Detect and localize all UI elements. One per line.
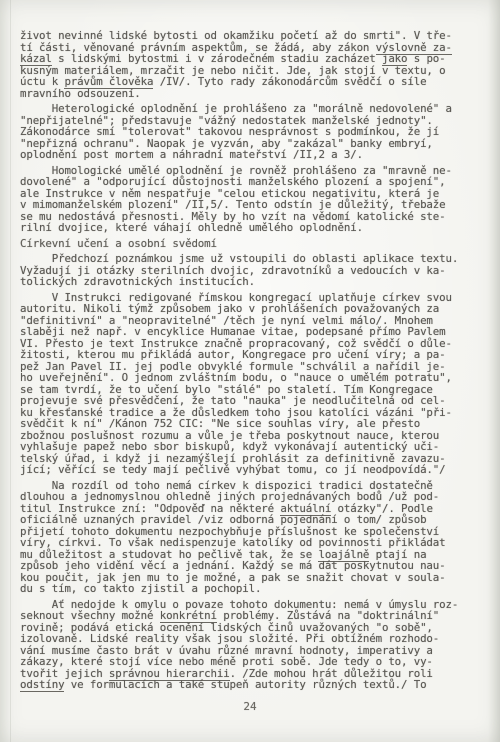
text-line: dlouhou a jednomyslnou ohledně jiných pr…: [20, 491, 482, 503]
text-line: projevuje své přesvědčení, že tato "nauk…: [20, 395, 482, 407]
typewritten-text: život nevinné lidské bytosti od okamžiku…: [20, 30, 482, 691]
text-line: oplodnění post mortem a náhradní mateřst…: [20, 149, 482, 161]
text-line: tolických zdravotnických institucích.: [20, 276, 482, 288]
text-line: žitosti, kterou mu přikládá autor, Kongr…: [20, 349, 482, 361]
text-line: rilní dvojice, které váhají ohledně uměl…: [20, 222, 482, 234]
text-line: izolovaně. Lidské reality však jsou slož…: [20, 633, 482, 645]
text-line: odstíny ve formulacích a také stupeň aut…: [20, 679, 482, 691]
text-line: způsob jeho vidění věcí a jednání. Každý…: [20, 560, 482, 572]
text-line: kázal s lidskými bytostmi i v zárodečném…: [20, 53, 482, 65]
paragraph: Heterologické oplodnění je prohlášeno za…: [20, 103, 482, 161]
text-line: ho uveřejnění". O jednom zvláštním bodu,…: [20, 372, 482, 384]
text-line: dovolené" a "odporující důstojnosti manž…: [20, 176, 482, 188]
text-line: Zákonodárce smí "tolerovat" takovou nesp…: [20, 126, 482, 138]
text-line: úctu k právům člověka /IV/. Tyto rady zá…: [20, 76, 482, 88]
text-line: víry, církvi. To však nedispenzuje katol…: [20, 537, 482, 549]
paragraph: Na rozdíl od toho nemá církev k dispozic…: [20, 480, 482, 595]
text-line: mravního odsouzení.: [20, 88, 482, 100]
text-line: zákazy, které stojí více nebo méně proti…: [20, 656, 482, 668]
text-line: Heterologické oplodnění je prohlášeno za…: [20, 103, 482, 115]
underlined-text: odstíny: [20, 678, 64, 692]
text-line: du s tím, co takto zjistil a pochopil.: [20, 583, 482, 595]
text-line: Předchozí poznámkou jsme už vstoupili do…: [20, 253, 482, 265]
paragraph: Předchozí poznámkou jsme už vstoupili do…: [20, 253, 482, 288]
paragraph: Ať nedojde k omylu o povaze tohoto dokum…: [20, 599, 482, 691]
text-line: seknout všechny možné konkrétní problémy…: [20, 610, 482, 622]
text-line: autoritu. Nikoli týmž způsobem jako v pr…: [20, 303, 482, 315]
text-line: jící; věřící se tedy mají pečlivě vyhýba…: [20, 464, 482, 476]
text-line: oficiálně uznaných pravidel /viz odborná…: [20, 514, 482, 526]
text-line: vyhlašuje papež nebo sbor biskupů, když …: [20, 441, 482, 453]
text-line: Církevní učení a osobní svědomí: [20, 238, 482, 250]
paragraph: Homologické umělé oplodnění je rovněž pr…: [20, 165, 482, 234]
scan-fold-line: [10, 0, 11, 742]
paragraph: V Instrukci redigované římskou kongregac…: [20, 292, 482, 476]
page-number: 24: [0, 700, 500, 713]
text-line: v mimomanželském plození" /II,5/. Tento …: [20, 199, 482, 211]
text-line: slaběji než např. v encyklice Humanae vi…: [20, 326, 482, 338]
scanned-page: život nevinné lidské bytosti od okamžiku…: [0, 0, 500, 742]
text-line: život nevinné lidské bytosti od okamžiku…: [20, 30, 482, 42]
text-line: svědčit k ní" /Kánon 752 CIC: "Ne sice s…: [20, 418, 482, 430]
paragraph: život nevinné lidské bytosti od okamžiku…: [20, 30, 482, 99]
section-heading: Církevní učení a osobní svědomí: [20, 238, 482, 250]
